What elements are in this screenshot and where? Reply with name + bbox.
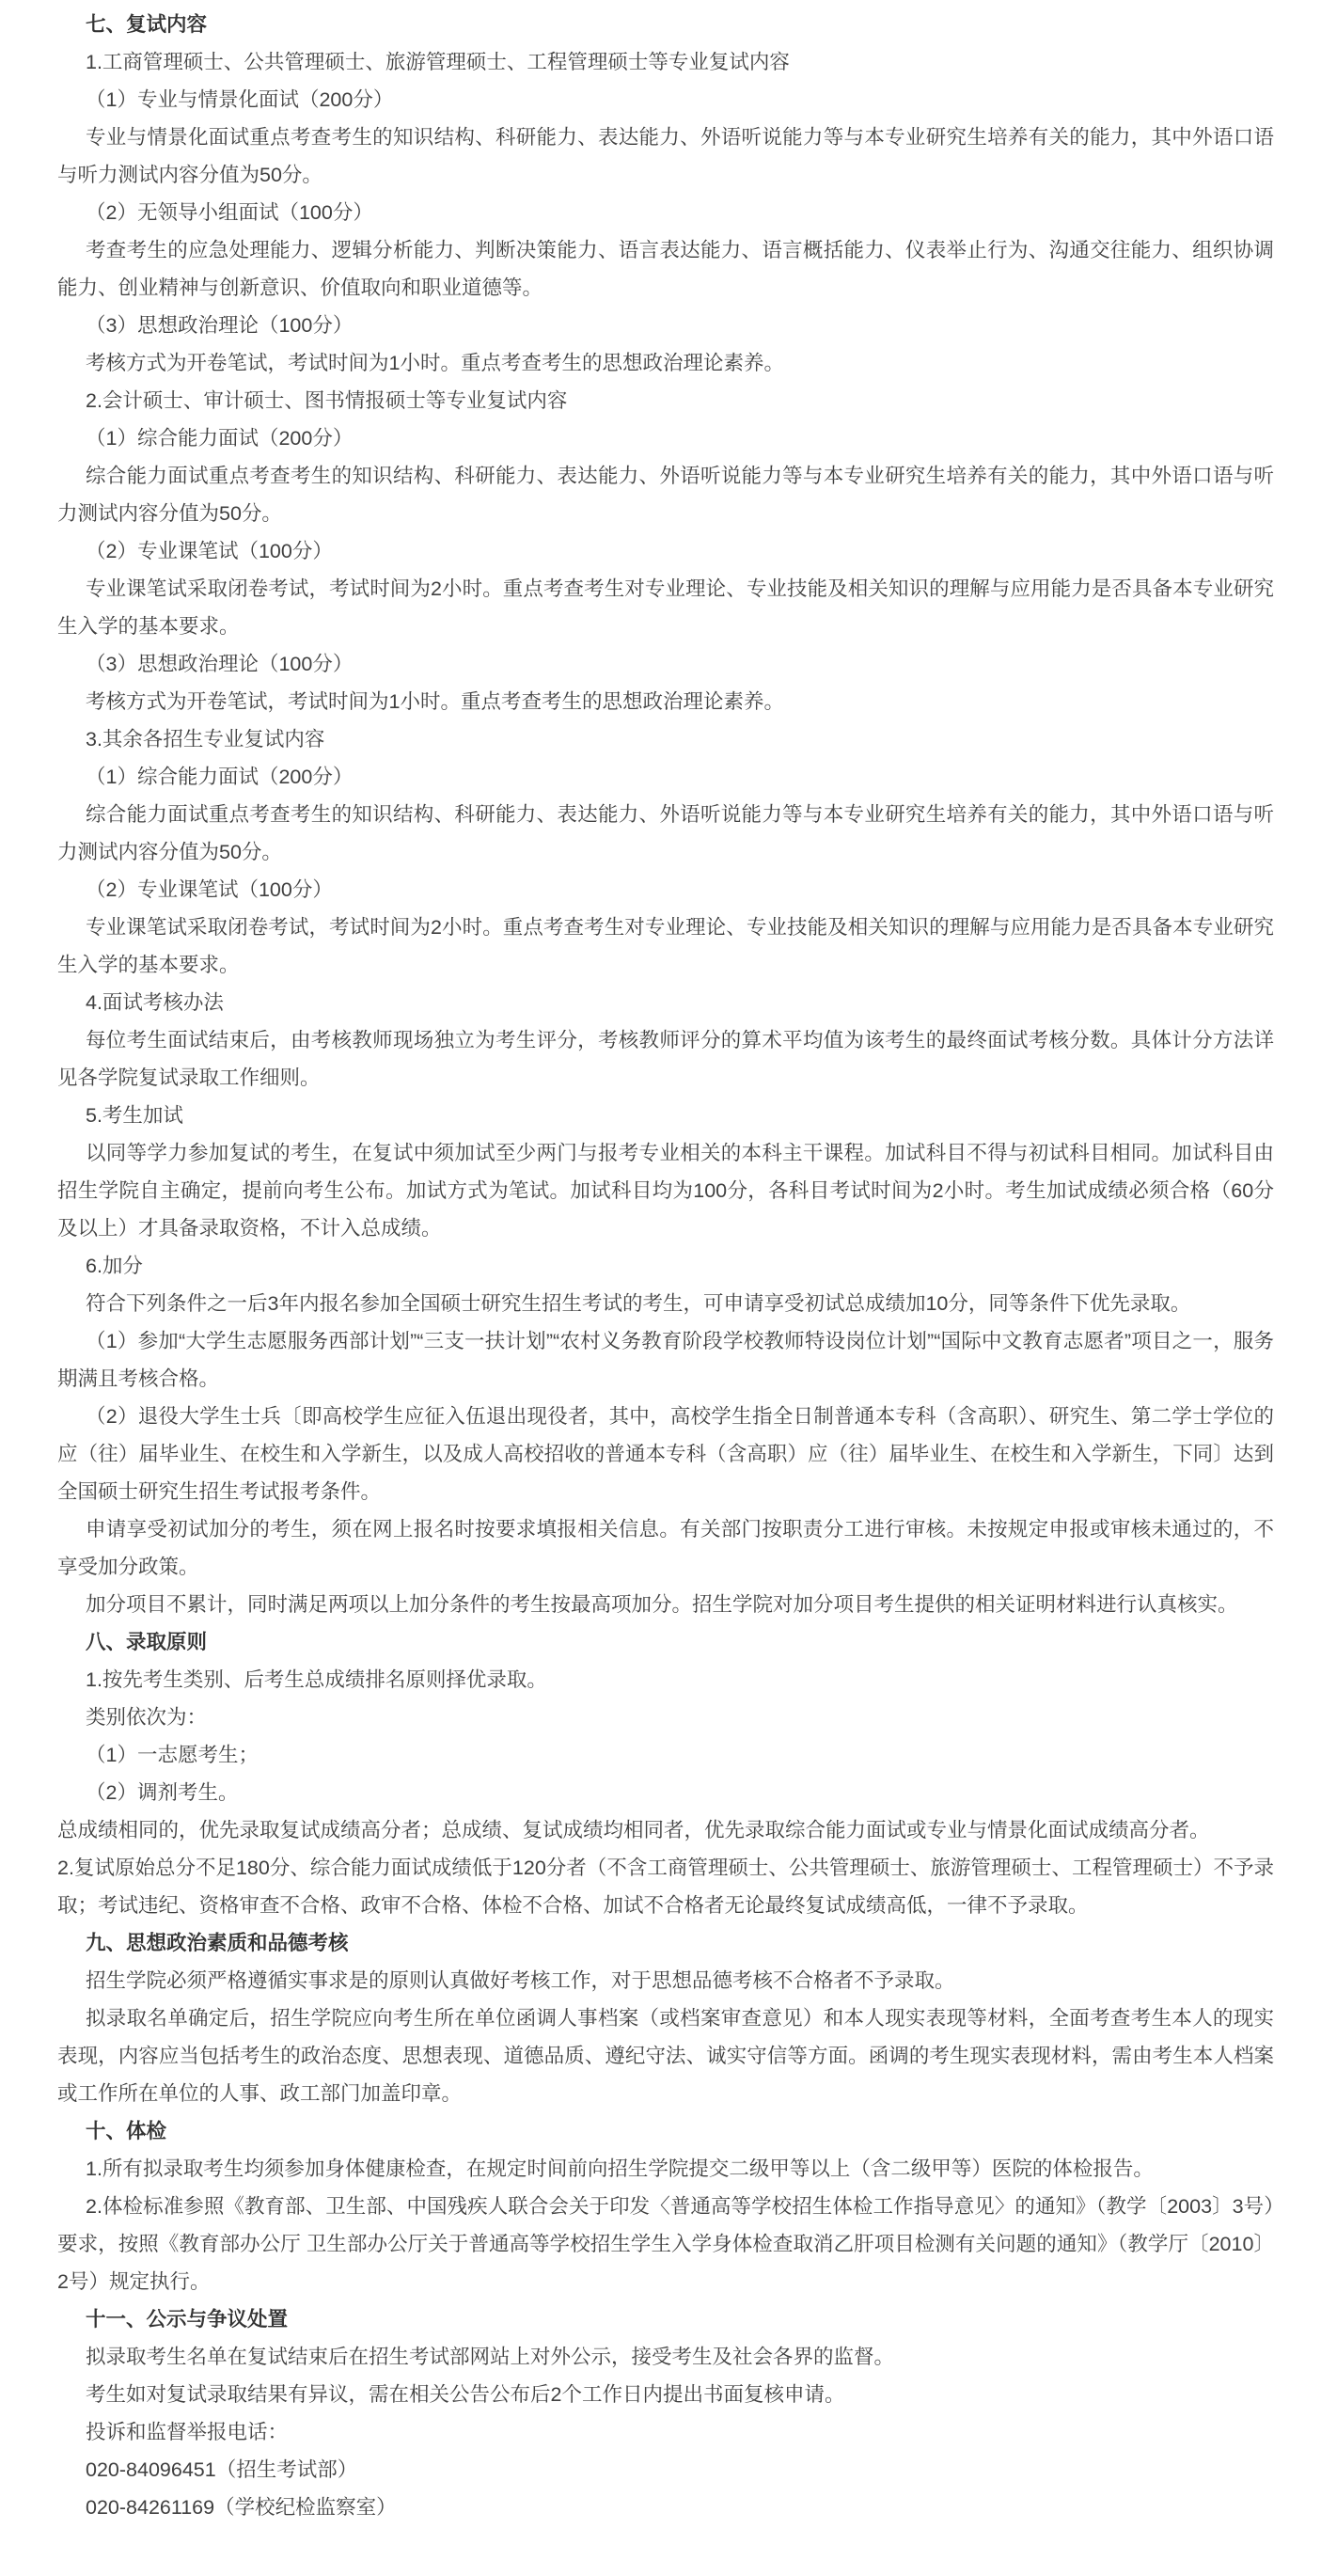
paragraph: 加分项目不累计，同时满足两项以上加分条件的考生按最高项加分。招生学院对加分项目考… xyxy=(57,1586,1274,1623)
paragraph: （1）综合能力面试（200分） xyxy=(57,419,1274,457)
paragraph: 投诉和监督举报电话： xyxy=(57,2413,1274,2451)
paragraph: 申请享受初试加分的考生，须在网上报名时按要求填报相关信息。有关部门按职责分工进行… xyxy=(57,1510,1274,1586)
paragraph: （3）思想政治理论（100分） xyxy=(57,645,1274,683)
paragraph: 专业与情景化面试重点考查考生的知识结构、科研能力、表达能力、外语听说能力等与本专… xyxy=(57,119,1274,194)
paragraph: （3）思想政治理论（100分） xyxy=(57,307,1274,344)
paragraph: 6.加分 xyxy=(57,1247,1274,1285)
paragraph: 4.面试考核办法 xyxy=(57,984,1274,1021)
paragraph: （2）无领导小组面试（100分） xyxy=(57,194,1274,231)
section-heading: 八、录取原则 xyxy=(57,1623,1274,1661)
paragraph: 综合能力面试重点考查考生的知识结构、科研能力、表达能力、外语听说能力等与本专业研… xyxy=(57,796,1274,871)
paragraph: 考查考生的应急处理能力、逻辑分析能力、判断决策能力、语言表达能力、语言概括能力、… xyxy=(57,231,1274,307)
paragraph: 考核方式为开卷笔试，考试时间为1小时。重点考查考生的思想政治理论素养。 xyxy=(57,683,1274,720)
paragraph: 020-84261169（学校纪检监察室） xyxy=(57,2489,1274,2526)
paragraph: 类别依次为： xyxy=(57,1699,1274,1736)
paragraph: 1.工商管理硕士、公共管理硕士、旅游管理硕士、工程管理硕士等专业复试内容 xyxy=(57,43,1274,81)
paragraph: （2）调剂考生。 xyxy=(57,1774,1274,1811)
paragraph: 2.复试原始总分不足180分、综合能力面试成绩低于120分者（不含工商管理硕士、… xyxy=(57,1849,1274,1924)
paragraph: （1）参加“大学生志愿服务西部计划”“三支一扶计划”“农村义务教育阶段学校教师特… xyxy=(57,1322,1274,1398)
paragraph: 拟录取名单确定后，招生学院应向考生所在单位函调人事档案（或档案审查意见）和本人现… xyxy=(57,1999,1274,2112)
paragraph: （1）专业与情景化面试（200分） xyxy=(57,81,1274,119)
paragraph: 5.考生加试 xyxy=(57,1097,1274,1134)
section-heading: 十、体检 xyxy=(57,2112,1274,2150)
paragraph: 2.体检标准参照《教育部、卫生部、中国残疾人联合会关于印发〈普通高等学校招生体检… xyxy=(57,2188,1274,2300)
paragraph: 2.会计硕士、审计硕士、图书情报硕士等专业复试内容 xyxy=(57,382,1274,419)
paragraph: 020-84096451（招生考试部） xyxy=(57,2451,1274,2489)
paragraph: 符合下列条件之一后3年内报名参加全国硕士研究生招生考试的考生，可申请享受初试总成… xyxy=(57,1285,1274,1322)
section-heading: 十一、公示与争议处置 xyxy=(57,2300,1274,2338)
paragraph: 拟录取考生名单在复试结束后在招生考试部网站上对外公示，接受考生及社会各界的监督。 xyxy=(57,2338,1274,2376)
paragraph: 每位考生面试结束后，由考核教师现场独立为考生评分，考核教师评分的算术平均值为该考… xyxy=(57,1021,1274,1097)
paragraph: 考核方式为开卷笔试，考试时间为1小时。重点考查考生的思想政治理论素养。 xyxy=(57,344,1274,382)
paragraph: 3.其余各招生专业复试内容 xyxy=(57,720,1274,758)
paragraph: （1）一志愿考生； xyxy=(57,1736,1274,1774)
paragraph: 考生如对复试录取结果有异议，需在相关公告公布后2个工作日内提出书面复核申请。 xyxy=(57,2376,1274,2413)
paragraph: （2）退役大学生士兵〔即高校学生应征入伍退出现役者，其中，高校学生指全日制普通本… xyxy=(57,1398,1274,1510)
section-heading: 七、复试内容 xyxy=(57,6,1274,43)
paragraph: 1.按先考生类别、后考生总成绩排名原则择优录取。 xyxy=(57,1661,1274,1699)
paragraph: （1）综合能力面试（200分） xyxy=(57,758,1274,796)
section-heading: 九、思想政治素质和品德考核 xyxy=(57,1924,1274,1962)
paragraph: 以同等学力参加复试的考生，在复试中须加试至少两门与报考专业相关的本科主干课程。加… xyxy=(57,1134,1274,1247)
paragraph: （2）专业课笔试（100分） xyxy=(57,871,1274,909)
paragraph: 1.所有拟录取考生均须参加身体健康检查，在规定时间前向招生学院提交二级甲等以上（… xyxy=(57,2150,1274,2188)
paragraph: 综合能力面试重点考查考生的知识结构、科研能力、表达能力、外语听说能力等与本专业研… xyxy=(57,457,1274,532)
paragraph: 总成绩相同的，优先录取复试成绩高分者；总成绩、复试成绩均相同者，优先录取综合能力… xyxy=(57,1811,1274,1849)
document-body: 七、复试内容1.工商管理硕士、公共管理硕士、旅游管理硕士、工程管理硕士等专业复试… xyxy=(0,0,1321,2526)
paragraph: 专业课笔试采取闭卷考试，考试时间为2小时。重点考查考生对专业理论、专业技能及相关… xyxy=(57,909,1274,984)
paragraph: 专业课笔试采取闭卷考试，考试时间为2小时。重点考查考生对专业理论、专业技能及相关… xyxy=(57,570,1274,645)
paragraph: 招生学院必须严格遵循实事求是的原则认真做好考核工作，对于思想品德考核不合格者不予… xyxy=(57,1962,1274,1999)
paragraph: （2）专业课笔试（100分） xyxy=(57,532,1274,570)
